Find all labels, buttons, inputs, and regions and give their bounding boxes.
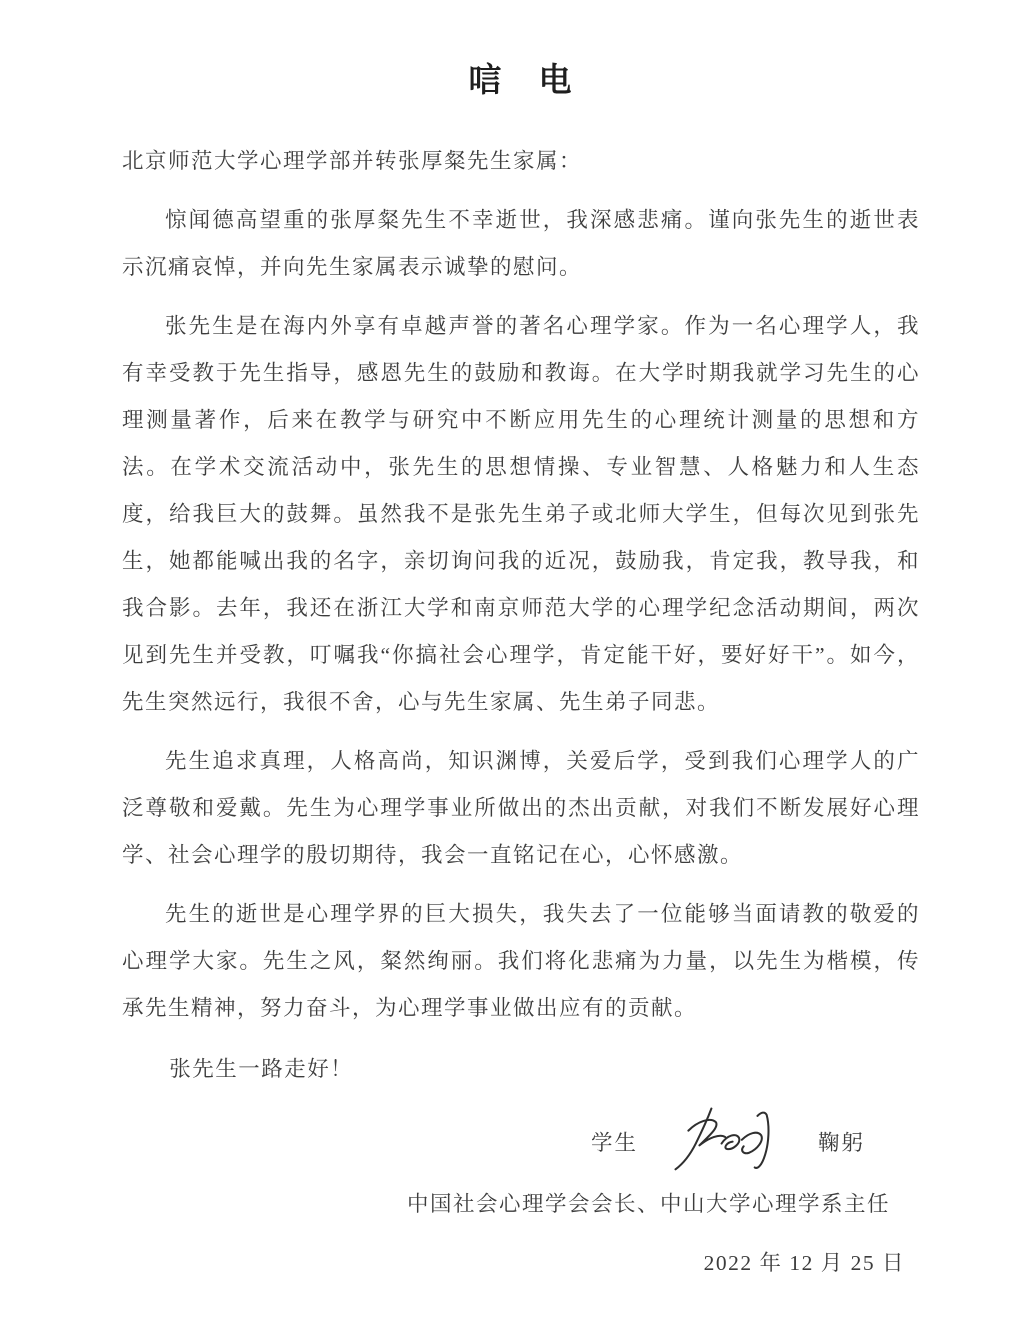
- signature-suffix-label: 鞠躬: [818, 1126, 865, 1157]
- body-paragraph-4: 先生的逝世是心理学界的巨大损失，我失去了一位能够当面请教的敬爱的心理学大家。先生…: [122, 891, 920, 1032]
- body-paragraph-3: 先生追求真理，人格高尚，知识渊博，关爱后学，受到我们心理学人的广泛尊敬和爱戴。先…: [122, 738, 920, 879]
- date-line: 2022 年 12 月 25 日: [122, 1240, 905, 1287]
- signer-title-line: 中国社会心理学会会长、中山大学心理学系主任: [122, 1181, 890, 1228]
- condolence-letter-page: 唁 电 北京师范大学心理学部并转张厚粲先生家属： 惊闻德高望重的张厚粲先生不幸逝…: [0, 0, 1020, 1320]
- closing-line: 张先生一路走好！: [122, 1046, 920, 1093]
- signature-prefix-label: 学生: [591, 1126, 638, 1157]
- body-paragraph-1: 惊闻德高望重的张厚粲先生不幸逝世，我深感悲痛。谨向张先生的逝世表示沉痛哀悼，并向…: [122, 197, 920, 291]
- salutation-line: 北京师范大学心理学部并转张厚粲先生家属：: [122, 138, 920, 185]
- handwritten-signature-icon: [668, 1103, 788, 1173]
- signature-row: 学生 鞠躬: [122, 1105, 865, 1177]
- letter-title: 唁 电: [122, 58, 920, 102]
- body-paragraph-2: 张先生是在海内外享有卓越声誉的著名心理学家。作为一名心理学人，我有幸受教于先生指…: [122, 303, 920, 726]
